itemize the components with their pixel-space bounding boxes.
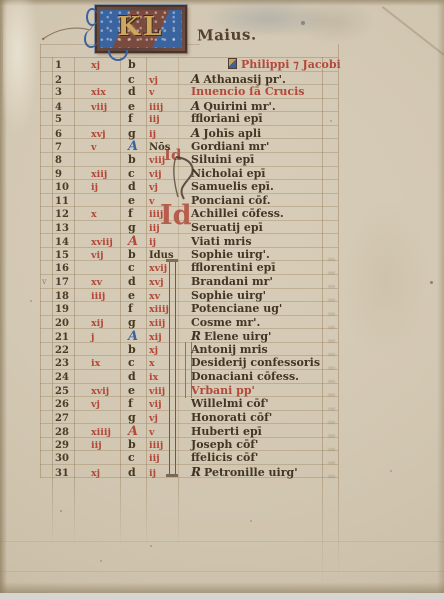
feast-name: Antonij mris	[178, 343, 338, 356]
feast-name: Brandani mr'	[178, 275, 338, 288]
dominical-letter: b	[120, 58, 146, 71]
dominical-letter: f	[120, 397, 146, 410]
parchment-page: KL Maius. Id Id v 1xjbPhilippi ⁊ Jacobi2…	[0, 0, 444, 593]
roman-numeral: xj	[146, 345, 178, 356]
roman-numeral: iij	[146, 114, 178, 125]
fold-line	[0, 571, 444, 572]
feast-name: Siluini epī	[178, 153, 338, 166]
golden-number: xiiij	[74, 427, 120, 438]
day-number: 6	[52, 129, 74, 140]
ruling-vline-ext	[146, 478, 147, 548]
calendar-row: 27gvjHonorati cōf'	[40, 411, 338, 425]
calendar-row: 22bxjAntonij mris	[40, 343, 338, 357]
feast-name: Cosme mr'.	[178, 316, 338, 329]
feast-name: Joseph cōf'	[178, 438, 338, 451]
feast-name: Samuelis epī.	[178, 180, 338, 193]
golden-number: xj	[74, 468, 120, 479]
day-number: 13	[52, 223, 74, 234]
paraph-letter: A	[191, 126, 200, 140]
roman-numeral: vj	[146, 75, 178, 86]
golden-number: xviij	[74, 237, 120, 248]
roman-numeral: v	[146, 87, 178, 98]
calendar-row: 14xviijAijViati mris	[40, 234, 338, 248]
kl-letters: KL	[97, 12, 185, 42]
calendar-row: 4viijeiiijAQuirini mr'.	[40, 99, 338, 113]
feast-name: Achillei cōfess.	[178, 207, 338, 220]
dominical-letter: e	[120, 384, 146, 397]
roman-numeral: x	[146, 358, 178, 369]
dominical-letter: d	[120, 275, 146, 288]
ruling-vline-ext	[178, 478, 179, 548]
ruling-vline-ext	[74, 478, 75, 548]
ruling-vline-ext	[338, 478, 339, 578]
calendar-row: 26vjfvijWillelmi cōf'	[40, 397, 338, 411]
paraph-letter: R	[191, 329, 201, 343]
day-number: 24	[52, 372, 74, 383]
day-number: 26	[52, 399, 74, 410]
feast-name: Desiderij confessoris	[178, 356, 338, 369]
paraph-letter: A	[191, 99, 200, 113]
calendar-row: 6xvjgijAJohīs apli	[40, 126, 338, 140]
dominical-letter: c	[120, 167, 146, 180]
paraph-letter: R	[191, 465, 201, 479]
golden-number: v	[74, 142, 120, 153]
roman-numeral: vj	[146, 182, 178, 193]
speck	[100, 560, 102, 562]
calendar-row: 16cxvijfflorentini epī	[40, 261, 338, 275]
calendar-rows: 1xjbPhilippi ⁊ Jacobi2cvjAAthanasij pr'.…	[40, 57, 338, 478]
feast-name: Sophie uirg'.	[178, 248, 338, 261]
roman-numeral: ij	[146, 129, 178, 140]
page-edge-bottom	[0, 582, 444, 593]
dominical-letter: f	[120, 207, 146, 220]
roman-numeral: xiij	[146, 318, 178, 329]
roman-numeral: iiij	[146, 102, 178, 113]
golden-number: ix	[74, 358, 120, 369]
roman-numeral: ix	[146, 372, 178, 383]
dominical-letter: d	[120, 370, 146, 383]
feast-name: fflorentini epī	[178, 261, 338, 274]
feast-name: Potenciane ug'	[178, 302, 338, 315]
day-number: 28	[52, 427, 74, 438]
day-number: 1	[52, 60, 74, 71]
day-number: 9	[52, 169, 74, 180]
roman-numeral: xij	[146, 332, 178, 343]
roman-numeral: xvj	[146, 277, 178, 288]
speck	[250, 520, 252, 522]
roman-numeral: iij	[146, 223, 178, 234]
scan-background-strip	[0, 593, 444, 600]
corner-crease	[382, 6, 444, 56]
dominical-letter: c	[120, 451, 146, 464]
calendar-row: 24dixDonaciani cōfess.	[40, 370, 338, 384]
speck	[60, 510, 62, 512]
feast-name: Huberti epī	[178, 425, 338, 438]
calendar-row: 25xvijeviijVrbani pp'	[40, 384, 338, 398]
day-number: 5	[52, 114, 74, 125]
page-edge-right	[437, 0, 444, 593]
paraph-letter: A	[191, 72, 200, 86]
feast-name: Honorati cōf'	[178, 411, 338, 424]
feast-name: RElene uirg'	[178, 329, 338, 343]
day-number: 25	[52, 386, 74, 397]
feast-name: Vrbani pp'	[178, 384, 338, 397]
calendar-row: 30ciijffelicis cōf'	[40, 451, 338, 465]
golden-number: xv	[74, 277, 120, 288]
dominical-letter: d	[120, 466, 146, 479]
roman-numeral: iiij	[146, 440, 178, 451]
day-number: 16	[52, 263, 74, 274]
dominical-letter: c	[120, 356, 146, 369]
calendar-row: 15vijbIdusSophie uirg'.	[40, 248, 338, 262]
day-number: 29	[52, 440, 74, 451]
dominical-letter: b	[120, 438, 146, 451]
gray-stain	[295, 2, 375, 42]
day-number: 14	[52, 237, 74, 248]
feast-name: Inuencio ſā Crucis	[178, 85, 338, 98]
calendar-row: 7vANōsGordiani mr'	[40, 139, 338, 153]
calendar-row: 13giijSeruatij epī	[40, 221, 338, 235]
ruling-vline	[338, 44, 339, 478]
golden-number: xix	[74, 87, 120, 98]
dominical-letter: d	[120, 85, 146, 98]
golden-number: x	[74, 209, 120, 220]
golden-number: iij	[74, 440, 120, 451]
dominical-letter: f	[120, 112, 146, 125]
calendar-row: 23ixcxDesiderij confessoris	[40, 356, 338, 370]
roman-numeral: viij	[146, 155, 178, 166]
day-number: 20	[52, 318, 74, 329]
dominical-letter: b	[120, 343, 146, 356]
dominical-letter: f	[120, 302, 146, 315]
roman-numeral: vij	[146, 399, 178, 410]
day-number: 15	[52, 250, 74, 261]
calendar-row: 11evPonciani cōf.	[40, 194, 338, 208]
day-number: 22	[52, 345, 74, 356]
calendar-row: 17xvdxvjBrandani mr'	[40, 275, 338, 289]
roman-numeral: v	[146, 427, 178, 438]
golden-number: iiij	[74, 291, 120, 302]
calendar-row: 12xfiiijAchillei cōfess.	[40, 207, 338, 221]
feast-name: Willelmi cōf'	[178, 397, 338, 410]
golden-number: xiij	[74, 169, 120, 180]
roman-numeral: viij	[146, 386, 178, 397]
paraph-mark	[228, 58, 237, 69]
day-number: 12	[52, 209, 74, 220]
day-number: 11	[52, 196, 74, 207]
feast-name: RPetronille uirg'	[178, 465, 338, 479]
feast-name: ffloriani epī	[178, 112, 338, 125]
dominical-letter: g	[120, 221, 146, 234]
roman-numeral: ij	[146, 468, 178, 479]
golden-number: xj	[74, 60, 120, 71]
day-number: 23	[52, 358, 74, 369]
golden-number: j	[74, 332, 120, 343]
roman-numeral: Nōs	[146, 142, 178, 153]
day-number: 2	[52, 75, 74, 86]
feast-name: Sophie uirg'	[178, 289, 338, 302]
dominical-letter: d	[120, 180, 146, 193]
feast-name: Ponciani cōf.	[178, 194, 338, 207]
speck	[150, 545, 152, 547]
feast-name: Gordiani mr'	[178, 140, 338, 153]
pen-flourish	[40, 20, 100, 44]
dominical-letter: g	[120, 127, 146, 140]
calendar-row: 20xijgxiijCosme mr'.	[40, 316, 338, 330]
golden-number: xvj	[74, 129, 120, 140]
dominical-letter: g	[120, 316, 146, 329]
feast-name: Philippi ⁊ Jacobi	[178, 58, 341, 71]
ink-speck	[301, 21, 305, 25]
day-number: 31	[52, 468, 74, 479]
ruling-vline-ext	[120, 478, 121, 548]
calendar-row: 5fiijffloriani epī	[40, 112, 338, 126]
dominical-letter: e	[120, 100, 146, 113]
golden-number: vj	[74, 399, 120, 410]
feast-name: Seruatij epī	[178, 221, 338, 234]
golden-number: vij	[74, 250, 120, 261]
roman-numeral: vj	[146, 413, 178, 424]
calendar-row: 1xjbPhilippi ⁊ Jacobi	[40, 58, 338, 72]
month-title: Maius.	[197, 25, 257, 44]
calendar-row: 8bviijSiluini epī	[40, 153, 338, 167]
kl-monogram: KL	[95, 5, 187, 53]
calendar-row: 19fxiiijPotenciane ug'	[40, 302, 338, 316]
day-number: 30	[52, 453, 74, 464]
golden-number: viij	[74, 102, 120, 113]
ruling-vline-ext	[52, 478, 53, 548]
calendar-row: 18iiijexvSophie uirg'	[40, 289, 338, 303]
calendar-row: 29iijbiiijJoseph cōf'	[40, 438, 338, 452]
roman-numeral: xiiij	[146, 304, 178, 315]
fold-line	[0, 541, 444, 542]
calendar-row: 31xjdijRPetronille uirg'	[40, 465, 338, 479]
day-number: 27	[52, 413, 74, 424]
ink-speck	[430, 281, 433, 284]
feast-name: Nicholai epī	[178, 167, 338, 180]
roman-numeral: iij	[146, 453, 178, 464]
day-number: 7	[52, 142, 74, 153]
roman-numeral: vij	[146, 169, 178, 180]
golden-number: ij	[74, 182, 120, 193]
roman-numeral: Idus	[146, 250, 178, 261]
day-number: 10	[52, 182, 74, 193]
roman-numeral: xvij	[146, 263, 178, 274]
manuscript-scan: KL Maius. Id Id v 1xjbPhilippi ⁊ Jacobi2…	[0, 0, 444, 600]
feast-name: Viati mris	[178, 235, 338, 248]
roman-numeral: ij	[146, 237, 178, 248]
feast-name: ffelicis cōf'	[178, 451, 338, 464]
dominical-letter: b	[120, 248, 146, 261]
dominical-letter: c	[120, 261, 146, 274]
day-number: 4	[52, 102, 74, 113]
calendar-row: 28xiiijAvHuberti epī	[40, 424, 338, 438]
speck	[390, 470, 392, 472]
calendar-row: 3xixdvInuencio ſā Crucis	[40, 85, 338, 99]
feast-name: AAthanasij pr'.	[178, 72, 338, 86]
feast-name: AQuirini mr'.	[178, 99, 338, 113]
day-number: 8	[52, 155, 74, 166]
day-number: 17	[52, 277, 74, 288]
speck	[30, 300, 32, 302]
dominical-letter: g	[120, 411, 146, 424]
worn-patch	[3, 0, 39, 150]
day-number: 21	[52, 332, 74, 343]
roman-numeral: xv	[146, 291, 178, 302]
feast-name: AJohīs apli	[178, 126, 338, 140]
day-number: 18	[52, 291, 74, 302]
dominical-letter: e	[120, 289, 146, 302]
day-number: 19	[52, 304, 74, 315]
day-number: 3	[52, 87, 74, 98]
calendar-row: 10ijdvjSamuelis epī.	[40, 180, 338, 194]
parchment-mottling	[340, 200, 430, 360]
dominical-letter: e	[120, 194, 146, 207]
feast-name: Donaciani cōfess.	[178, 370, 338, 383]
dominical-letter: b	[120, 153, 146, 166]
calendar-row: 9xiijcvijNicholai epī	[40, 167, 338, 181]
dominical-letter: c	[120, 73, 146, 86]
golden-number: xvij	[74, 386, 120, 397]
roman-numeral: iiij	[146, 209, 178, 220]
golden-number: xij	[74, 318, 120, 329]
roman-numeral: v	[146, 196, 178, 207]
calendar-row: 21jAxijRElene uirg'	[40, 329, 338, 343]
calendar-row: 2cvjAAthanasij pr'.	[40, 72, 338, 86]
